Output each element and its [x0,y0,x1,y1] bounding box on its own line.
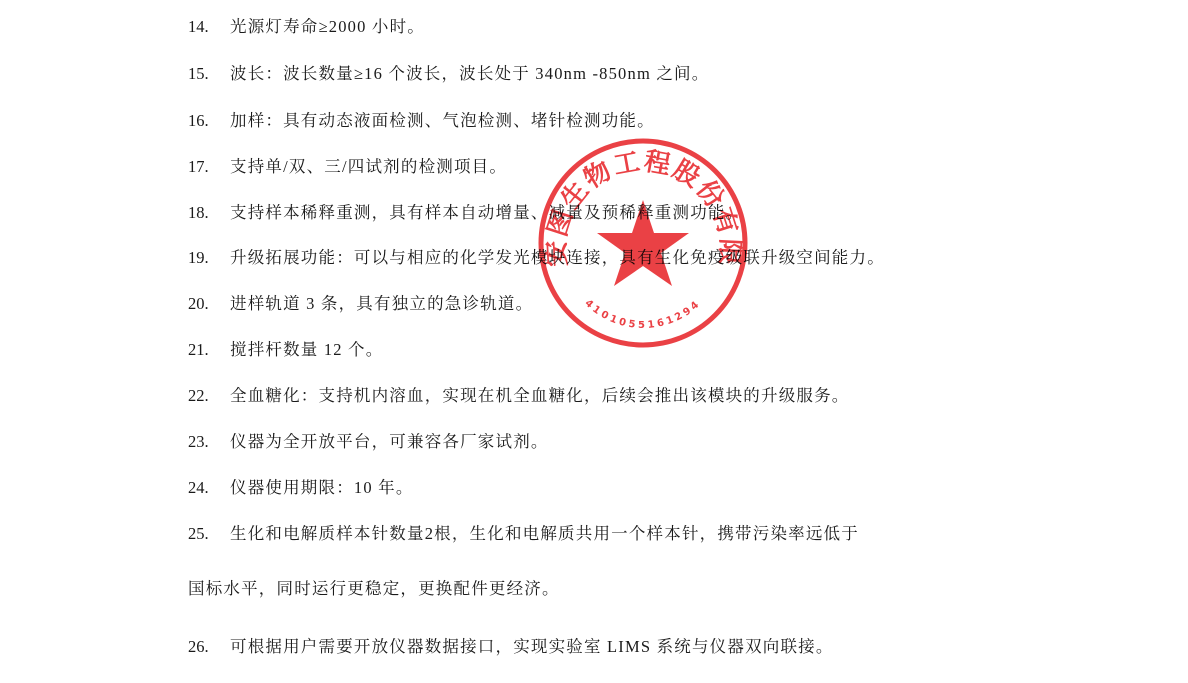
item-number: 24. [188,478,230,498]
spec-item-25-continuation: 国标水平，同时运行更稳定，更换配件更经济。 [188,579,560,599]
spec-item-24: 24.仪器使用期限：10 年。 [188,478,414,498]
item-number: 20. [188,294,230,314]
item-number: 16. [188,111,230,131]
item-number: 19. [188,248,230,268]
spec-item-21: 21.搅拌杆数量 12 个。 [188,340,383,360]
document-page: 14.光源灯寿命≥2000 小时。 15.波长：波长数量≥16 个波长，波长处于… [0,0,1188,683]
spec-item-14: 14.光源灯寿命≥2000 小时。 [188,17,425,37]
spec-item-19: 19.升级拓展功能：可以与相应的化学发光模块连接，具有生化免疫级联升级空间能力。 [188,248,885,268]
item-text: 搅拌杆数量 12 个。 [230,340,383,359]
item-number: 23. [188,432,230,452]
company-seal: 郑州安图生物工程股份有限公司 4101055161294 [536,136,750,350]
item-text: 支持单/双、三/四试剂的检测项目。 [230,157,507,176]
seal-code: 4101055161294 [583,298,704,331]
spec-item-22: 22.全血糖化：支持机内溶血，实现在机全血糖化，后续会推出该模块的升级服务。 [188,386,850,406]
item-text: 仪器使用期限：10 年。 [230,478,414,497]
spec-item-25: 25.生化和电解质样本针数量2根，生化和电解质共用一个样本针，携带污染率远低于 [188,524,859,544]
spec-item-17: 17.支持单/双、三/四试剂的检测项目。 [188,157,507,177]
item-text: 支持样本稀释重测，具有样本自动增量、减量及预稀释重测功能。 [230,203,743,222]
item-number: 17. [188,157,230,177]
item-text: 全血糖化：支持机内溶血，实现在机全血糖化，后续会推出该模块的升级服务。 [230,386,850,405]
item-number: 21. [188,340,230,360]
item-number: 14. [188,17,230,37]
item-number: 15. [188,64,230,84]
item-text: 可根据用户需要开放仪器数据接口，实现实验室 LIMS 系统与仪器双向联接。 [230,637,834,656]
item-number: 25. [188,524,230,544]
spec-item-20: 20.进样轨道 3 条，具有独立的急诊轨道。 [188,294,533,314]
item-number: 22. [188,386,230,406]
spec-item-26: 26.可根据用户需要开放仪器数据接口，实现实验室 LIMS 系统与仪器双向联接。 [188,637,834,657]
spec-item-16: 16.加样：具有动态液面检测、气泡检测、堵针检测功能。 [188,111,655,131]
spec-item-15: 15.波长：波长数量≥16 个波长，波长处于 340nm -850nm 之间。 [188,64,709,84]
item-number: 18. [188,203,230,223]
item-text: 生化和电解质样本针数量2根，生化和电解质共用一个样本针，携带污染率远低于 [230,524,859,543]
item-text: 进样轨道 3 条，具有独立的急诊轨道。 [230,294,533,313]
item-text: 波长：波长数量≥16 个波长，波长处于 340nm -850nm 之间。 [230,64,709,83]
spec-item-18: 18.支持样本稀释重测，具有样本自动增量、减量及预稀释重测功能。 [188,203,743,223]
seal-ring [541,141,745,345]
item-text: 仪器为全开放平台，可兼容各厂家试剂。 [230,432,549,451]
item-text: 加样：具有动态液面检测、气泡检测、堵针检测功能。 [230,111,655,130]
item-number: 26. [188,637,230,657]
item-text: 光源灯寿命≥2000 小时。 [230,17,425,36]
item-text: 升级拓展功能：可以与相应的化学发光模块连接，具有生化免疫级联升级空间能力。 [230,248,885,267]
spec-item-23: 23.仪器为全开放平台，可兼容各厂家试剂。 [188,432,549,452]
